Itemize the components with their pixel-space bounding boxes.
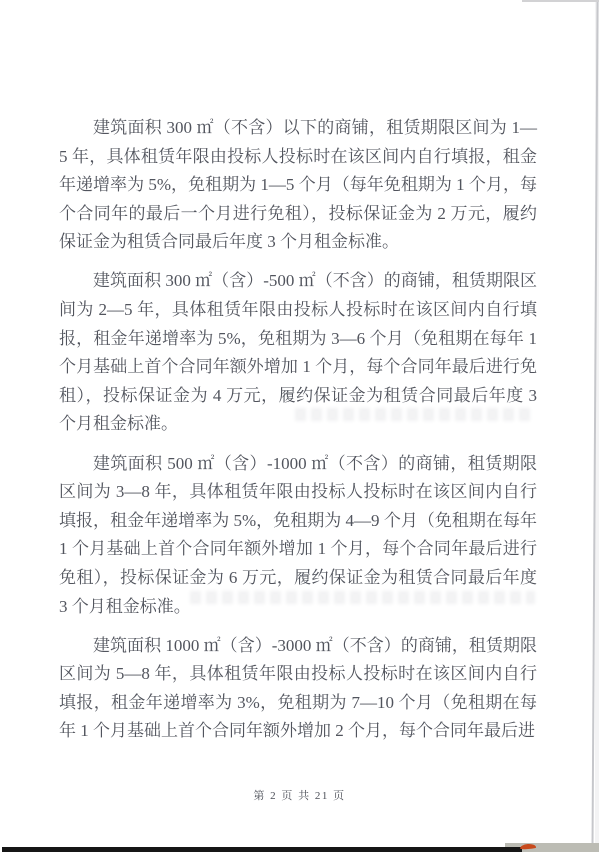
page-number: 第 2 页 共 21 页: [0, 787, 599, 803]
bleed-through-ghost: [295, 408, 535, 421]
scanned-page: 建筑面积 300 ㎡（不含）以下的商铺，租赁期限区间为 1—5 年，具体租赁年限…: [0, 0, 599, 852]
body-paragraph: 建筑面积 300 ㎡（不含）以下的商铺，租赁期限区间为 1—5 年，具体租赁年限…: [59, 114, 537, 257]
body-paragraph: 建筑面积 1000 ㎡（含）-3000 ㎡（不含）的商铺，租赁期限区间为 5—8…: [59, 632, 537, 746]
scan-page-edge-top: [522, 0, 599, 2]
bleed-through-ghost: [190, 591, 535, 604]
scan-bottom-black-bar: [2, 847, 522, 852]
document-body: 建筑面积 300 ㎡（不含）以下的商铺，租赁期限区间为 1—5 年，具体租赁年限…: [59, 114, 537, 756]
